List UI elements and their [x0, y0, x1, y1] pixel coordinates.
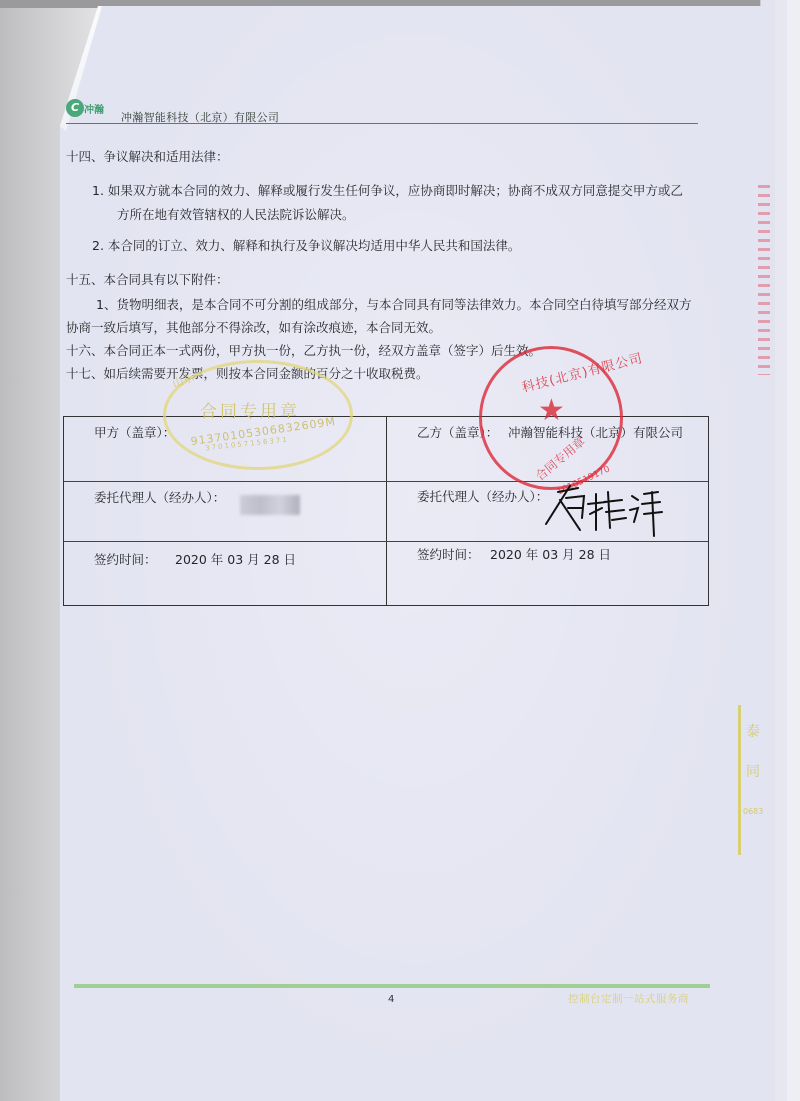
party-a-date-label: 签约时间：: [94, 550, 157, 568]
edge-seal-char: 泰: [743, 712, 763, 752]
table-row-divider: [64, 541, 708, 542]
section-15-item-1: 1、货物明细表，是本合同不可分割的组成部分，与本合同具有同等法律效力。本合同空白…: [96, 295, 691, 313]
edge-seal-char: 0683: [743, 792, 763, 832]
section-14-item-2: 2. 本合同的订立、效力、解释和执行及争议解决均适用中华人民共和国法律。: [92, 236, 520, 254]
edge-seal-char: 同: [743, 752, 763, 792]
document-header: C 冲瀚 冲瀚智能科技（北京）有限公司: [66, 97, 696, 123]
header-divider: [66, 123, 698, 124]
section-15-title: 十五、本合同具有以下附件：: [66, 270, 229, 288]
party-b-date: 2020 年 03 月 28 日: [490, 545, 611, 563]
edge-seal-fragment-red: [758, 185, 770, 375]
footer-slogan: 控制台定制一站式服务商: [568, 991, 689, 1006]
party-a-date: 2020 年 03 月 28 日: [175, 550, 296, 568]
table-column-divider: [386, 417, 387, 605]
logo-icon: C: [66, 99, 84, 117]
section-15-item-1-cont: 协商一致后填写，其他部分不得涂改，如有涂改痕迹，本合同无效。: [66, 318, 441, 336]
handwritten-signature: 曾梓洋: [540, 478, 670, 538]
logo-text: 冲瀚: [84, 101, 104, 116]
redacted-agent-name: [240, 495, 300, 515]
page-number: 4: [388, 994, 394, 1005]
party-a-seal-label: 甲方（盖章）：: [94, 423, 175, 441]
svg-text:曾梓洋: 曾梓洋: [540, 478, 543, 479]
party-b-agent-label: 委托代理人（经办人）：: [417, 487, 548, 505]
section-14-item-1: 1. 如果双方就本合同的效力、解释或履行发生任何争议，应协商即时解决；协商不成双…: [92, 181, 683, 199]
party-b-date-label: 签约时间：: [417, 545, 480, 563]
section-14-title: 十四、争议解决和适用法律：: [66, 147, 229, 165]
party-a-agent-label: 委托代理人（经办人）：: [94, 488, 225, 506]
company-logo: C 冲瀚: [66, 97, 110, 119]
section-14-item-1-cont: 方所在地有效管辖权的人民法院诉讼解决。: [117, 205, 355, 223]
footer-divider: [74, 984, 710, 988]
edge-seal-text: 泰 同 0683: [743, 712, 763, 832]
party-a-seal-title: 合同专用章: [200, 397, 300, 422]
seal-star-icon: ★: [538, 396, 565, 426]
section-16: 十六、本合同正本一式两份，甲方执一份，乙方执一份，经双方盖章（签字）后生效。: [66, 341, 541, 359]
